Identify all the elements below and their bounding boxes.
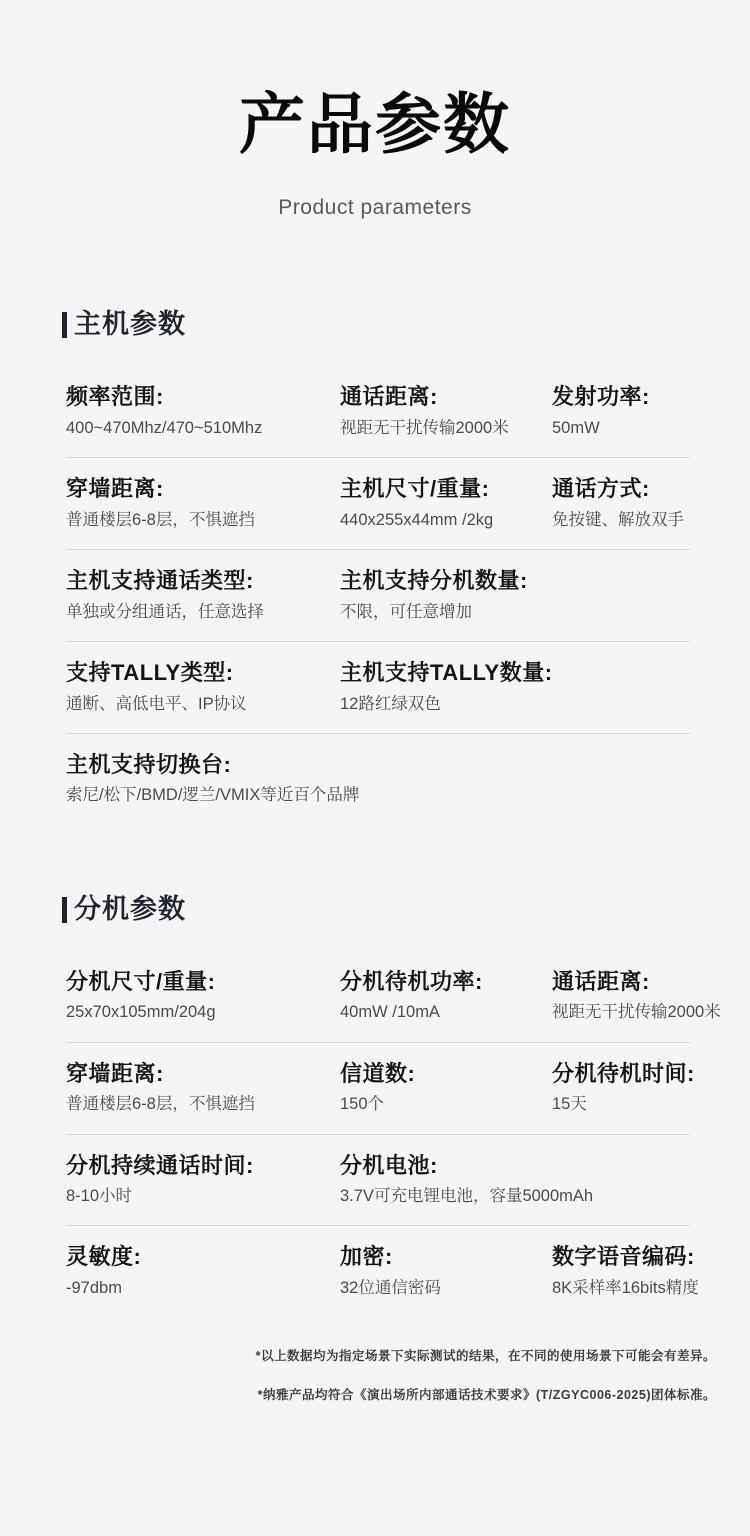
section-title-handset: 分机参数 <box>74 893 186 927</box>
param-value: -97dbm <box>66 1278 340 1299</box>
param-value: 普通楼层6-8层，不惧遮挡 <box>66 1094 340 1115</box>
param-value: 150个 <box>340 1094 552 1115</box>
param-cell-battery: 分机电池: 3.7V可充电锂电池，容量5000mAh <box>340 1152 690 1208</box>
param-value: 索尼/松下/BMD/逻兰/VMIX等近百个品牌 <box>66 785 690 806</box>
param-label: 数字语音编码: <box>552 1243 690 1271</box>
param-value: 25x70x105mm/204g <box>66 1002 340 1023</box>
footnote-test-disclaimer: *以上数据均为指定场景下实际测试的结果，在不同的使用场景下可能会有差异。 <box>0 1348 716 1364</box>
param-cell-talk-distance: 通话距离: 视距无干扰传输2000米 <box>340 383 552 439</box>
param-label: 主机尺寸/重量: <box>340 475 552 503</box>
param-label: 主机支持分机数量: <box>340 567 690 595</box>
param-label: 主机支持通话类型: <box>66 567 340 595</box>
param-value: 单独或分组通话，任意选择 <box>66 602 340 623</box>
param-cell-talk-mode: 通话方式: 免按键、解放双手 <box>552 475 690 531</box>
param-value: 8K采样率16bits精度 <box>552 1278 690 1299</box>
param-value: 400~470Mhz/470~510Mhz <box>66 418 340 439</box>
param-label: 频率范围: <box>66 383 340 411</box>
param-row: 穿墙距离: 普通楼层6-8层，不惧遮挡 信道数: 150个 分机待机时间: 15… <box>66 1043 690 1135</box>
param-cell-voice-encoding: 数字语音编码: 8K采样率16bits精度 <box>552 1243 690 1299</box>
section-host-parameters: 主机参数 频率范围: 400~470Mhz/470~510Mhz 通话距离: 视… <box>0 308 750 824</box>
param-value: 普通楼层6-8层，不惧遮挡 <box>66 510 340 531</box>
param-value: 不限，可任意增加 <box>340 602 690 623</box>
section-accent-bar <box>62 897 67 923</box>
param-cell-wall-distance: 穿墙距离: 普通楼层6-8层，不惧遮挡 <box>66 1060 340 1116</box>
section-accent-bar <box>62 312 67 338</box>
param-row: 主机支持切换台: 索尼/松下/BMD/逻兰/VMIX等近百个品牌 <box>66 734 690 825</box>
param-label: 分机待机功率: <box>340 968 552 996</box>
param-cell-channel-count: 信道数: 150个 <box>340 1060 552 1116</box>
param-cell-handset-size-weight: 分机尺寸/重量: 25x70x105mm/204g <box>66 968 340 1024</box>
param-cell-standby-power: 分机待机功率: 40mW /10mA <box>340 968 552 1024</box>
footnotes: *以上数据均为指定场景下实际测试的结果，在不同的使用场景下可能会有差异。 *纳雅… <box>0 1348 716 1403</box>
param-value: 15天 <box>552 1094 690 1115</box>
param-cell-talk-distance: 通话距离: 视距无干扰传输2000米 <box>552 968 690 1024</box>
param-cell-sensitivity: 灵敏度: -97dbm <box>66 1243 340 1299</box>
param-value: 免按键、解放双手 <box>552 510 690 531</box>
param-label: 通话方式: <box>552 475 690 503</box>
param-row: 穿墙距离: 普通楼层6-8层，不惧遮挡 主机尺寸/重量: 440x255x44m… <box>66 458 690 550</box>
param-value: 40mW /10mA <box>340 1002 552 1023</box>
param-label: 穿墙距离: <box>66 1060 340 1088</box>
param-cell-tally-count: 主机支持TALLY数量: 12路红绿双色 <box>340 659 690 715</box>
param-cell-call-types: 主机支持通话类型: 单独或分组通话，任意选择 <box>66 567 340 623</box>
param-row: 主机支持通话类型: 单独或分组通话，任意选择 主机支持分机数量: 不限，可任意增… <box>66 550 690 642</box>
param-value: 32位通信密码 <box>340 1278 552 1299</box>
page-subtitle: Product parameters <box>0 195 750 220</box>
param-label: 分机持续通话时间: <box>66 1152 340 1180</box>
param-value: 视距无干扰传输2000米 <box>552 1002 690 1023</box>
param-cell-frequency-range: 频率范围: 400~470Mhz/470~510Mhz <box>66 383 340 439</box>
param-label: 分机待机时间: <box>552 1060 690 1088</box>
param-row: 灵敏度: -97dbm 加密: 32位通信密码 数字语音编码: 8K采样率16b… <box>66 1226 690 1317</box>
host-parameter-rows: 频率范围: 400~470Mhz/470~510Mhz 通话距离: 视距无干扰传… <box>66 366 690 825</box>
param-label: 发射功率: <box>552 383 690 411</box>
param-value: 12路红绿双色 <box>340 694 690 715</box>
page-header: 产品参数 Product parameters <box>0 0 750 220</box>
param-value: 通断、高低电平、IP协议 <box>66 694 340 715</box>
product-parameters-page: 产品参数 Product parameters 主机参数 频率范围: 400~4… <box>0 0 750 1536</box>
param-value: 8-10小时 <box>66 1186 340 1207</box>
param-cell-wall-distance: 穿墙距离: 普通楼层6-8层，不惧遮挡 <box>66 475 340 531</box>
section-handset-parameters: 分机参数 分机尺寸/重量: 25x70x105mm/204g 分机待机功率: 4… <box>0 893 750 1318</box>
param-label: 穿墙距离: <box>66 475 340 503</box>
param-cell-tally-types: 支持TALLY类型: 通断、高低电平、IP协议 <box>66 659 340 715</box>
param-label: 加密: <box>340 1243 552 1271</box>
handset-parameter-rows: 分机尺寸/重量: 25x70x105mm/204g 分机待机功率: 40mW /… <box>66 951 690 1318</box>
param-label: 主机支持切换台: <box>66 751 690 779</box>
param-label: 灵敏度: <box>66 1243 340 1271</box>
section-header-host: 主机参数 <box>62 308 750 342</box>
param-label: 主机支持TALLY数量: <box>340 659 690 687</box>
param-label: 通话距离: <box>552 968 690 996</box>
param-cell-host-size-weight: 主机尺寸/重量: 440x255x44mm /2kg <box>340 475 552 531</box>
footnote-standard-compliance: *纳雅产品均符合《演出场所内部通话技术要求》(T/ZGYC006-2025)团体… <box>0 1387 716 1403</box>
param-label: 信道数: <box>340 1060 552 1088</box>
param-label: 支持TALLY类型: <box>66 659 340 687</box>
param-value: 3.7V可充电锂电池，容量5000mAh <box>340 1186 690 1207</box>
param-cell-continuous-talk-time: 分机持续通话时间: 8-10小时 <box>66 1152 340 1208</box>
param-row: 频率范围: 400~470Mhz/470~510Mhz 通话距离: 视距无干扰传… <box>66 366 690 458</box>
param-cell-handset-count: 主机支持分机数量: 不限，可任意增加 <box>340 567 690 623</box>
param-value: 视距无干扰传输2000米 <box>340 418 552 439</box>
param-label: 分机电池: <box>340 1152 690 1180</box>
param-row: 分机持续通话时间: 8-10小时 分机电池: 3.7V可充电锂电池，容量5000… <box>66 1135 690 1227</box>
param-cell-standby-time: 分机待机时间: 15天 <box>552 1060 690 1116</box>
section-title-host: 主机参数 <box>74 308 186 342</box>
param-label: 通话距离: <box>340 383 552 411</box>
param-value: 440x255x44mm /2kg <box>340 510 552 531</box>
param-cell-transmit-power: 发射功率: 50mW <box>552 383 690 439</box>
page-title: 产品参数 <box>0 90 750 159</box>
param-label: 分机尺寸/重量: <box>66 968 340 996</box>
param-row: 分机尺寸/重量: 25x70x105mm/204g 分机待机功率: 40mW /… <box>66 951 690 1043</box>
param-cell-switchers: 主机支持切换台: 索尼/松下/BMD/逻兰/VMIX等近百个品牌 <box>66 751 690 807</box>
section-header-handset: 分机参数 <box>62 893 750 927</box>
param-cell-encryption: 加密: 32位通信密码 <box>340 1243 552 1299</box>
param-row: 支持TALLY类型: 通断、高低电平、IP协议 主机支持TALLY数量: 12路… <box>66 642 690 734</box>
param-value: 50mW <box>552 418 690 439</box>
